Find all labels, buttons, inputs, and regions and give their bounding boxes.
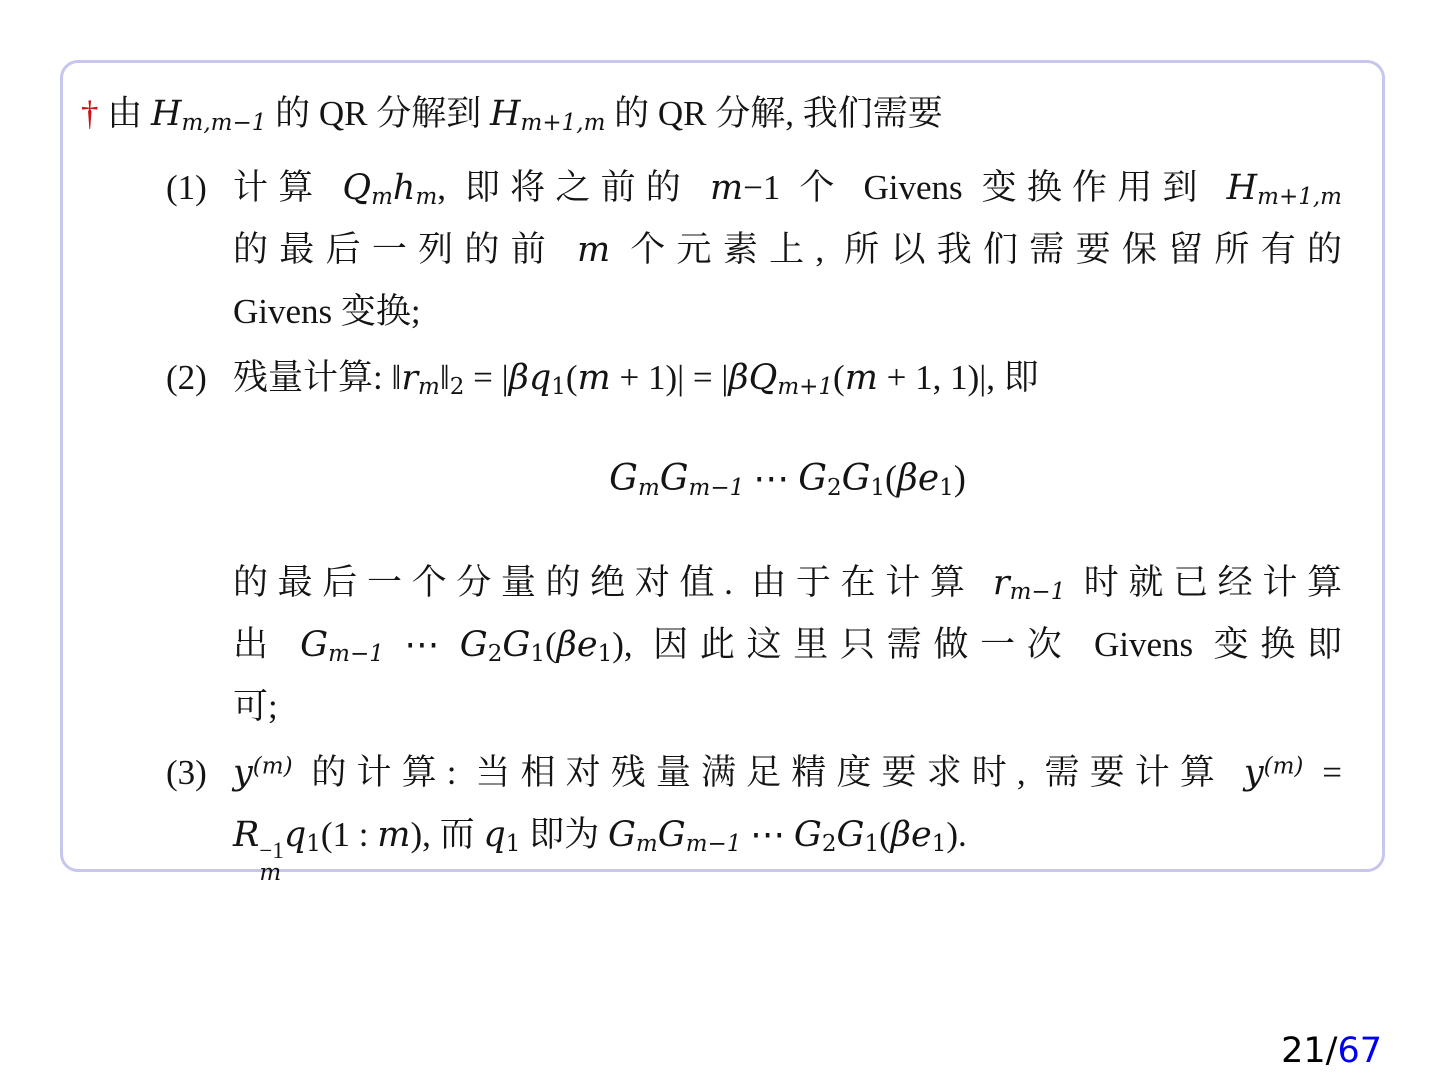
math-subscript: m−1 bbox=[689, 475, 745, 501]
intro-paragraph: † 由 Hm,m−1 的 QR 分解到 Hm+1,m 的 QR 分解, 我们需要 bbox=[81, 83, 1342, 145]
text-run: ( bbox=[545, 625, 557, 664]
math-variable: y bbox=[233, 753, 253, 793]
text-run: + 1)| = | bbox=[611, 358, 729, 397]
math-subscript: m,m−1 bbox=[182, 110, 267, 136]
math-subscript: m+1,m bbox=[521, 110, 606, 136]
text-run: 计算 bbox=[233, 168, 342, 207]
text-run: ), 而 bbox=[410, 815, 483, 854]
math-subscript: 1 bbox=[530, 641, 545, 667]
math-subscript: 1 bbox=[306, 831, 321, 857]
dagger-icon: † bbox=[81, 94, 99, 133]
text-run: −1 个 Givens 变换作用到 bbox=[743, 168, 1226, 207]
math-variable: β bbox=[509, 358, 529, 398]
text-run: ( bbox=[879, 815, 891, 854]
math-variable: e bbox=[911, 815, 932, 855]
math-variable: q bbox=[529, 358, 551, 398]
math-variable: β bbox=[891, 815, 911, 855]
text-line: 计算 Qmhm, 即将之前的 m−1 个 Givens 变换作用到 Hm+1,m bbox=[233, 157, 1342, 219]
text-line: y(m) 的计算: 当相对残量满足精度要求时, 需要计算 y(m) = bbox=[233, 742, 1342, 804]
text-run: 的 QR 分解到 bbox=[266, 94, 490, 133]
text-run: , 即将之前的 bbox=[437, 168, 710, 207]
text-line: 可; bbox=[233, 676, 1342, 738]
math-subscript: 2 bbox=[827, 475, 842, 501]
display-formula: GmGm−1 ⋯ G2G1(βe1) bbox=[233, 447, 1342, 510]
math-variable: m bbox=[577, 230, 610, 270]
math-subscript: 2 bbox=[822, 831, 837, 857]
text-run: ( bbox=[833, 358, 845, 397]
math-variable: H bbox=[151, 94, 182, 134]
text-run: ⋯ bbox=[384, 625, 460, 664]
text-run: 由 bbox=[99, 94, 152, 133]
math-variable: q bbox=[284, 815, 306, 855]
math-variable: m bbox=[377, 815, 410, 855]
math-variable: G bbox=[502, 625, 530, 665]
text-line: 残量计算: ‖rm‖2 = |βq1(m + 1)| = |βQm+1(m + … bbox=[233, 347, 1342, 409]
item-label: (3) bbox=[166, 742, 233, 804]
math-variable: G bbox=[660, 458, 689, 499]
math-variable: G bbox=[658, 815, 686, 855]
text-run: ‖ bbox=[440, 358, 450, 397]
text-run: ⋯ bbox=[741, 815, 794, 854]
math-subscript: 2 bbox=[488, 641, 503, 667]
math-variable: q bbox=[483, 815, 505, 855]
math-variable: r bbox=[401, 358, 418, 398]
text-run: ⋯ bbox=[744, 458, 798, 498]
text-run: 的 QR 分解, 我们需要 bbox=[605, 94, 942, 133]
text-run: 可; bbox=[233, 687, 278, 726]
math-variable: G bbox=[300, 625, 328, 665]
text-run: = bbox=[1303, 753, 1342, 792]
text-run: 的最后一列的前 bbox=[233, 230, 577, 269]
math-subscript: 2 bbox=[450, 374, 465, 400]
text-line: † 由 Hm,m−1 的 QR 分解到 Hm+1,m 的 QR 分解, 我们需要 bbox=[81, 83, 1342, 145]
list-item: (3)y(m) 的计算: 当相对残量满足精度要求时, 需要计算 y(m) =R−… bbox=[81, 742, 1342, 885]
math-variable: G bbox=[842, 458, 871, 499]
math-variable: R bbox=[233, 815, 259, 855]
math-variable: Q bbox=[749, 358, 778, 398]
text-line: GmGm−1 ⋯ G2G1(βe1) bbox=[233, 447, 1342, 510]
page-total: 67 bbox=[1337, 1031, 1382, 1071]
math-variable: G bbox=[608, 815, 636, 855]
text-run: 的计算: 当相对残量满足精度要求时, 需要计算 bbox=[293, 753, 1244, 792]
math-subscript: m−1 bbox=[328, 641, 384, 667]
text-line: Givens 变换; bbox=[233, 281, 1342, 343]
text-run: 时就已经计算 bbox=[1065, 563, 1342, 602]
math-subscript: m bbox=[415, 184, 437, 210]
math-variable: H bbox=[1227, 168, 1258, 208]
text-run: + 1, 1)|, 即 bbox=[878, 358, 1039, 397]
text-run: Givens 变换; bbox=[233, 292, 421, 331]
math-subscript: m bbox=[638, 475, 660, 501]
math-variable: m bbox=[845, 358, 878, 398]
text-line: 的最后一列的前 m 个元素上, 所以我们需要保留所有的 bbox=[233, 219, 1342, 281]
item-label: (1) bbox=[166, 157, 233, 219]
math-subscript: m+1 bbox=[777, 374, 833, 400]
math-superscript: (m) bbox=[1264, 754, 1304, 780]
math-subscript: 1 bbox=[598, 641, 613, 667]
math-variable: G bbox=[794, 815, 822, 855]
math-subscript: m bbox=[371, 184, 393, 210]
math-variable: r bbox=[993, 563, 1010, 603]
math-variable: G bbox=[460, 625, 488, 665]
text-run: ( bbox=[885, 458, 897, 498]
text-run: = | bbox=[464, 358, 508, 397]
item-body: 残量计算: ‖rm‖2 = |βq1(m + 1)| = |βQm+1(m + … bbox=[233, 347, 1342, 409]
math-variable: m bbox=[710, 168, 743, 208]
page-number: 21/67 bbox=[1281, 1031, 1382, 1071]
math-subscript: 1 bbox=[506, 831, 521, 857]
text-run: 的最后一个分量的绝对值. 由于在计算 bbox=[233, 563, 993, 602]
text-run: ( bbox=[566, 358, 578, 397]
math-subscript: 1 bbox=[551, 374, 566, 400]
page-current: 21 bbox=[1281, 1031, 1326, 1071]
text-run: 个元素上, 所以我们需要保留所有的 bbox=[610, 230, 1342, 269]
math-subscript: 1 bbox=[932, 831, 947, 857]
page-separator: / bbox=[1326, 1031, 1338, 1071]
math-variable: e bbox=[918, 458, 939, 499]
text-run: 出 bbox=[233, 625, 300, 664]
item-label: (2) bbox=[166, 347, 233, 409]
math-variable: y bbox=[1244, 753, 1264, 793]
math-variable: G bbox=[609, 458, 638, 499]
math-subscript: 1 bbox=[939, 475, 954, 501]
content-box: † 由 Hm,m−1 的 QR 分解到 Hm+1,m 的 QR 分解, 我们需要… bbox=[60, 60, 1385, 872]
math-variable: β bbox=[557, 625, 577, 665]
text-run: 即为 bbox=[520, 815, 608, 854]
math-variable: H bbox=[490, 94, 521, 134]
text-line: 的最后一个分量的绝对值. 由于在计算 rm−1 时就已经计算 bbox=[233, 552, 1342, 614]
text-run: 残量计算: ‖ bbox=[233, 358, 401, 397]
math-variable: G bbox=[837, 815, 865, 855]
math-variable: e bbox=[577, 625, 598, 665]
math-subscript: m−1 bbox=[1010, 579, 1066, 605]
math-superscript: −1 bbox=[259, 839, 283, 862]
math-subscript: m bbox=[636, 831, 658, 857]
math-variable: h bbox=[393, 168, 416, 208]
item-continuation-paragraph: 的最后一个分量的绝对值. 由于在计算 rm−1 时就已经计算出 Gm−1 ⋯ G… bbox=[233, 552, 1342, 738]
math-subscript: m bbox=[418, 374, 440, 400]
text-run: ), 因此这里只需做一次 Givens 变换即 bbox=[612, 625, 1342, 664]
math-subscript: 1 bbox=[865, 831, 880, 857]
math-variable: β bbox=[897, 458, 918, 499]
math-variable: β bbox=[728, 358, 748, 398]
math-subscript: m+1,m bbox=[1257, 184, 1342, 210]
math-variable: Q bbox=[342, 168, 371, 208]
math-variable: G bbox=[798, 458, 827, 499]
item-body: y(m) 的计算: 当相对残量满足精度要求时, 需要计算 y(m) =R−1mq… bbox=[233, 742, 1342, 885]
math-subscript: m−1 bbox=[686, 831, 742, 857]
math-subscript: 1 bbox=[870, 475, 885, 501]
math-superscript: (m) bbox=[253, 754, 293, 780]
list-item: (1)计算 Qmhm, 即将之前的 m−1 个 Givens 变换作用到 Hm+… bbox=[81, 157, 1342, 343]
text-run: ). bbox=[946, 815, 966, 854]
math-variable: m bbox=[578, 358, 611, 398]
item-body: 计算 Qmhm, 即将之前的 m−1 个 Givens 变换作用到 Hm+1,m… bbox=[233, 157, 1342, 343]
text-run: ) bbox=[954, 458, 966, 498]
text-line: R−1mq1(1 : m), 而 q1 即为 GmGm−1 ⋯ G2G1(βe1… bbox=[233, 804, 1342, 885]
math-subscript: m bbox=[259, 862, 281, 885]
text-run: (1 : bbox=[321, 815, 377, 854]
math-subsup: −1m bbox=[259, 839, 283, 886]
text-line: 出 Gm−1 ⋯ G2G1(βe1), 因此这里只需做一次 Givens 变换即 bbox=[233, 614, 1342, 676]
list-item: (2)残量计算: ‖rm‖2 = |βq1(m + 1)| = |βQm+1(m… bbox=[81, 347, 1342, 409]
